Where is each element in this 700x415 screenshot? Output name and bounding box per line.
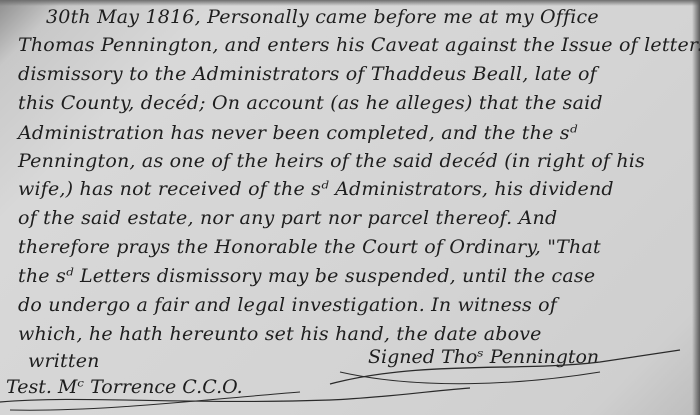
signature-flourish-icon (0, 0, 700, 415)
document-page: 30th May 1816, Personally came before me… (0, 0, 700, 415)
